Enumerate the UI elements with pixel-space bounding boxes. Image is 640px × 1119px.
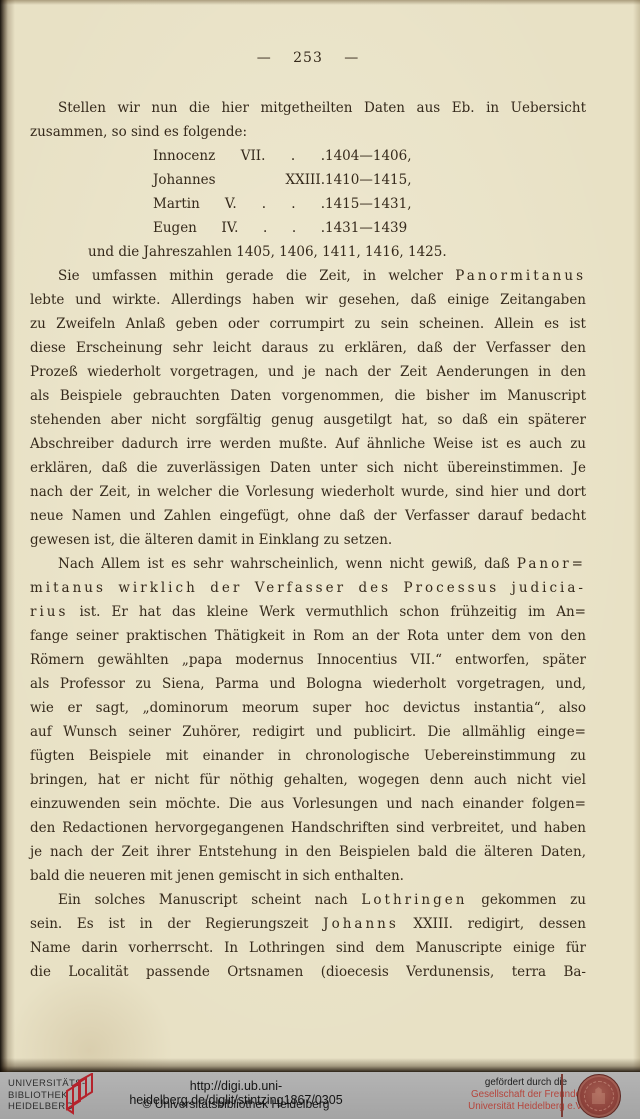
university-library-logo-icon <box>60 1073 100 1118</box>
text-segment: Römern gewählten „papa modernus Innocent… <box>30 652 586 668</box>
text-line: Abschreiber dadurch irre werden mußte. A… <box>30 432 586 456</box>
funding-org: Universität Heidelberg e.V. <box>458 1101 594 1113</box>
text-line: fange seiner praktischen Thätigkeit in R… <box>30 624 586 648</box>
text-line: den Redactionen hervorgegangenen Handsch… <box>30 816 586 840</box>
text-segment: den Redactionen hervorgegangenen Handsch… <box>30 820 586 836</box>
funding-prefix: gefördert durch die <box>458 1077 594 1089</box>
text-segment: ist. Er hat das kleine Werk vermuthlich … <box>68 604 586 620</box>
text-line: einzuwenden sein möchte. Die aus Vorlesu… <box>30 792 586 816</box>
text-line: und die Jahreszahlen 1405, 1406, 1411, 1… <box>30 240 586 264</box>
text-segment: XXIII. redigirt, dessen <box>399 916 586 932</box>
text-segment: auf Wunsch seiner Zuhörer, redigirt und … <box>30 724 586 740</box>
text-segment: stehenden aber nicht sorgfältig genug au… <box>30 412 586 428</box>
text-flow: Stellen wir nun die hier mitgetheilten D… <box>30 96 586 984</box>
text-line: die Localität passende Ortsnamen (dioece… <box>30 960 586 984</box>
copyright-text: © Universitätsbibliothek Heidelberg <box>96 1097 376 1111</box>
screenshot-root: — 253 — Stellen wir nun die hier mitgeth… <box>0 0 640 1119</box>
text-segment: Prozeß wiederholt vorgetragen, und je na… <box>30 364 586 380</box>
text-segment: Nach Allem ist es sehr wahrscheinlich, w… <box>58 556 517 572</box>
text-line: rius ist. Er hat das kleine Werk vermuth… <box>30 600 586 624</box>
text-segment: Ein solches Manuscript scheint nach <box>58 892 361 908</box>
pope-dates: 1431—1439 <box>325 216 407 240</box>
text-segment: je nach der Zeit ihrer Entstehung in den… <box>30 844 586 860</box>
pope-name: Martin V. . . . <box>153 192 325 216</box>
text-segment: Sie umfassen mithin gerade die Zeit, in … <box>58 268 455 284</box>
pope-dates: 1404—1406, <box>325 144 412 168</box>
text-segment: lebte und wirkte. Allerdings haben wir g… <box>30 292 586 308</box>
text-line: neue Namen und Zahlen eingefügt, ohne da… <box>30 504 586 528</box>
text-segment: gewesen ist, die älteren damit in Einkla… <box>30 532 392 548</box>
text-segment: fange seiner praktischen Thätigkeit in R… <box>30 628 586 644</box>
pope-name: Johannes XXIII. <box>153 168 325 192</box>
pope-dates: 1410—1415, <box>325 168 412 192</box>
text-line: lebte und wirkte. Allerdings haben wir g… <box>30 288 586 312</box>
text-segment: neue Namen und Zahlen eingefügt, ohne da… <box>30 508 586 524</box>
text-line: mitanus wirklich der Verfasser des Proce… <box>30 576 586 600</box>
text-segment: als Beispiele gebrauchten Daten vorgenom… <box>30 388 586 404</box>
text-segment: Name darin vorherrscht. In Lothringen si… <box>30 940 586 956</box>
pope-row: Martin V. . . .1415—1431, <box>30 192 586 216</box>
text-line: erklären, daß die zuverlässigen Daten un… <box>30 456 586 480</box>
text-segment: gekommen zu <box>467 892 586 908</box>
text-segment: nach der Zeit, in welcher die Vorlesung … <box>30 484 586 500</box>
university-seal <box>577 1074 621 1118</box>
pope-dates: 1415—1431, <box>325 192 412 216</box>
pope-row: Johannes XXIII.1410—1415, <box>30 168 586 192</box>
text-line: zu Zweifeln Anlaß geben oder corrumpirt … <box>30 312 586 336</box>
pope-row: Innocenz VII. . .1404—1406, <box>30 144 586 168</box>
text-line: wie er sagt, „dominorum meorum super hoc… <box>30 696 586 720</box>
text-segment: die Localität passende Ortsnamen (dioece… <box>30 964 586 980</box>
text-line: als Beispiele gebrauchten Daten vorgenom… <box>30 384 586 408</box>
text-line: bringen, hat er nicht für nöthig gehalte… <box>30 768 586 792</box>
text-line: fügten Beispiele mit einander in chronol… <box>30 744 586 768</box>
text-segment: wie er sagt, „dominorum meorum super hoc… <box>30 700 586 716</box>
text-line: Name darin vorherrscht. In Lothringen si… <box>30 936 586 960</box>
text-segment: fügten Beispiele mit einander in chronol… <box>30 748 586 764</box>
text-line: diese Erscheinung sehr leicht daraus zu … <box>30 336 586 360</box>
text-line: zusammen, so sind es folgende: <box>30 120 586 144</box>
text-segment: Stellen wir nun die hier mitgetheilten D… <box>58 100 586 116</box>
text-line: Prozeß wiederholt vorgetragen, und je na… <box>30 360 586 384</box>
text-line: bald die neueren mit jenen gemischt in s… <box>30 864 586 888</box>
text-line: gewesen ist, die älteren damit in Einkla… <box>30 528 586 552</box>
text-line: auf Wunsch seiner Zuhörer, redigirt und … <box>30 720 586 744</box>
pope-row: Eugen IV. . . .1431—1439 <box>30 216 586 240</box>
text-segment: bringen, hat er nicht für nöthig gehalte… <box>30 772 586 788</box>
text-segment: und die Jahreszahlen 1405, 1406, 1411, 1… <box>88 244 447 260</box>
text-segment: als Professor zu Siena, Parma und Bologn… <box>30 676 586 692</box>
text-segment: diese Erscheinung sehr leicht daraus zu … <box>30 340 586 356</box>
text-line: Sie umfassen mithin gerade die Zeit, in … <box>30 264 586 288</box>
text-segment: rius <box>30 604 68 620</box>
text-line: nach der Zeit, in welcher die Vorlesung … <box>30 480 586 504</box>
footer-bar: UNIVERSITÄTS- BIBLIOTHEK HEIDELBERG http… <box>0 1072 640 1119</box>
text-segment: bald die neueren mit jenen gemischt in s… <box>30 868 404 884</box>
pope-name: Eugen IV. . . . <box>153 216 325 240</box>
page-number: — 253 — <box>30 50 586 66</box>
funding-org: Gesellschaft der Freunde <box>458 1089 594 1101</box>
footer-separator <box>561 1074 563 1117</box>
text-segment: erklären, daß die zuverlässigen Daten un… <box>30 460 586 476</box>
funding-text: gefördert durch die Gesellschaft der Fre… <box>458 1077 594 1113</box>
text-line: je nach der Zeit ihrer Entstehung in den… <box>30 840 586 864</box>
text-line: Stellen wir nun die hier mitgetheilten D… <box>30 96 586 120</box>
text-line: sein. Es ist in der Regierungszeit Johan… <box>30 912 586 936</box>
pope-name: Innocenz VII. . . <box>153 144 325 168</box>
text-line: stehenden aber nicht sorgfältig genug au… <box>30 408 586 432</box>
text-line: als Professor zu Siena, Parma und Bologn… <box>30 672 586 696</box>
text-segment: Abschreiber dadurch irre werden mußte. A… <box>30 436 586 452</box>
text-segment: zusammen, so sind es folgende: <box>30 124 247 140</box>
text-segment: einzuwenden sein möchte. Die aus Vorlesu… <box>30 796 586 812</box>
text-segment: mitanus wirklich der Verfasser des Proce… <box>30 580 586 596</box>
text-segment: Panormitanus <box>455 268 586 284</box>
text-segment: Lothringen <box>361 892 467 908</box>
text-segment: Panor= <box>517 556 586 572</box>
scan-paper: — 253 — Stellen wir nun die hier mitgeth… <box>0 0 640 1072</box>
text-segment: sein. Es ist in der Regierungszeit <box>30 916 323 932</box>
text-line: Nach Allem ist es sehr wahrscheinlich, w… <box>30 552 586 576</box>
text-line: Römern gewählten „papa modernus Innocent… <box>30 648 586 672</box>
text-line: Ein solches Manuscript scheint nach Loth… <box>30 888 586 912</box>
text-segment: Johanns <box>323 916 399 932</box>
text-segment: zu Zweifeln Anlaß geben oder corrumpirt … <box>30 316 586 332</box>
footer-center: http://digi.ub.uni-heidelberg.de/diglit/… <box>96 1072 376 1119</box>
